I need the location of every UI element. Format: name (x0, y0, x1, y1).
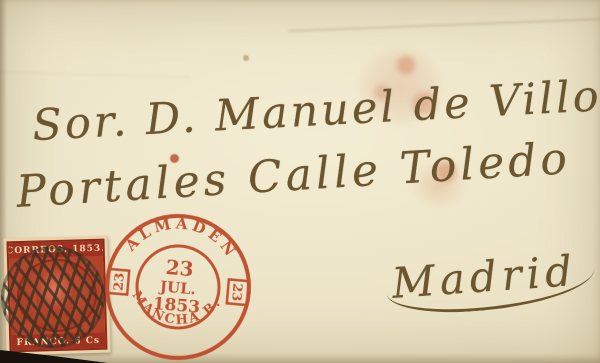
postage-stamp: CORREOS. 1853. FRANCO. 6 Cs (3, 236, 110, 356)
paper-crease (288, 18, 600, 32)
datestamp-right-box: 23 (227, 279, 249, 305)
datestamp-left-number: 23 (111, 272, 128, 291)
datestamp-left-box: 23 (107, 269, 129, 295)
datestamp-year: 1853 (152, 294, 201, 318)
datestamp-right-number: 23 (228, 282, 245, 301)
ink-spot (243, 55, 249, 61)
datestamp-svg: ALMADEN MANCHA B. 23 JUL. 1853 23 23 (97, 206, 260, 363)
circular-datestamp: ALMADEN MANCHA B. 23 JUL. 1853 23 23 (97, 206, 260, 363)
address-line-city: Madrid (384, 245, 597, 317)
paper-crease (0, 72, 190, 78)
postal-cover: Sor. D. Manuel de Villodas Portales Call… (0, 0, 600, 363)
